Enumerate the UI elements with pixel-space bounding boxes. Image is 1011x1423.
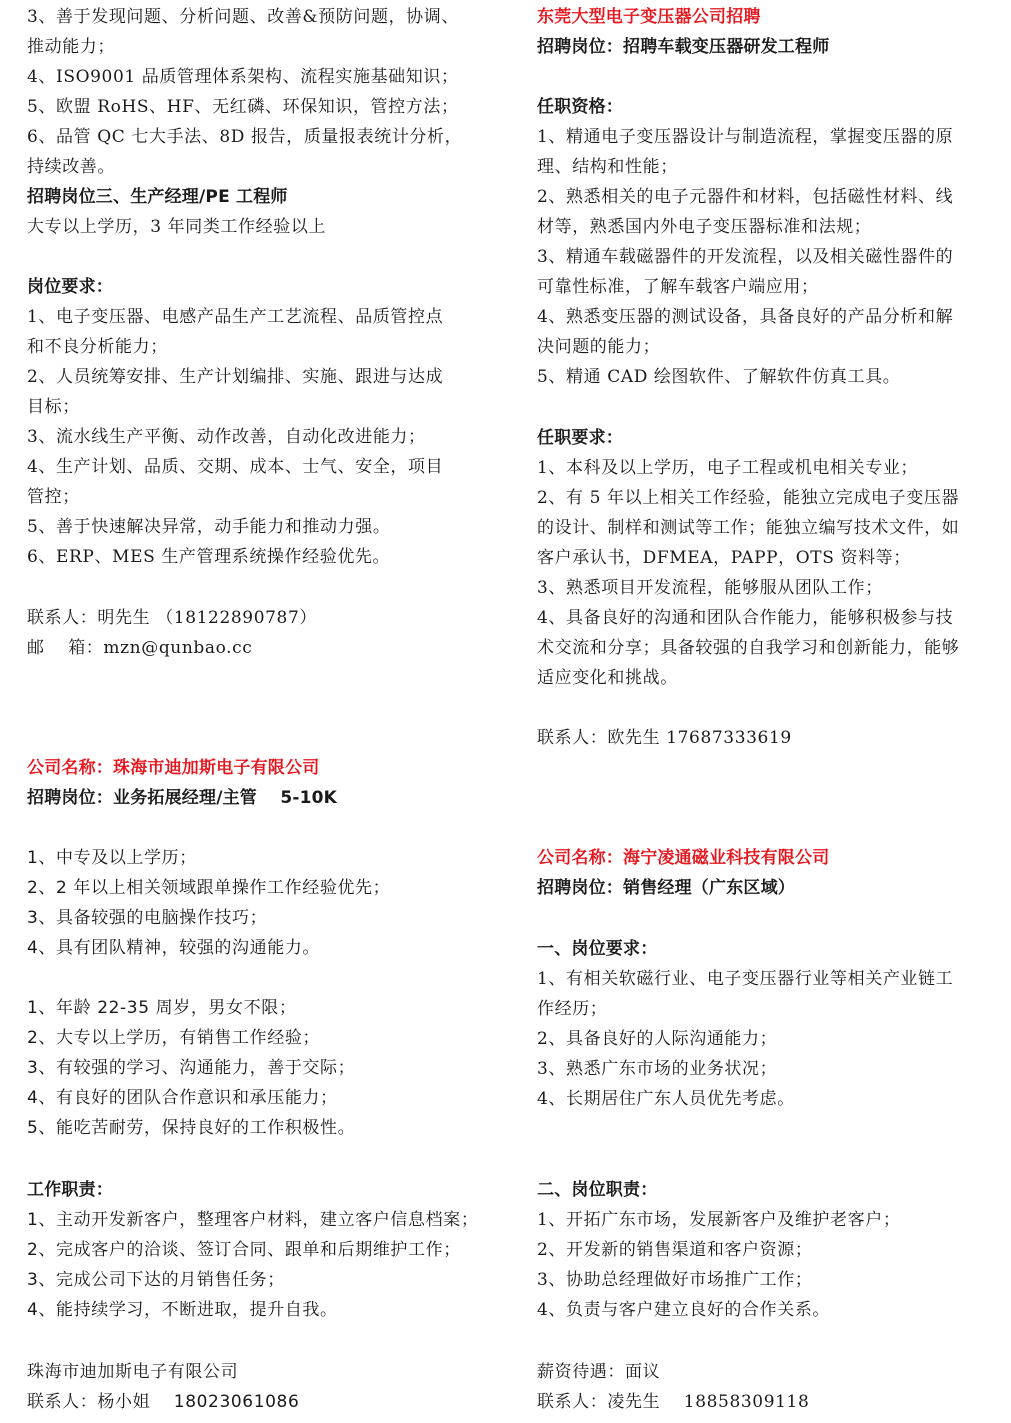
list-item: 1、精通电子变压器设计与制造流程，掌握变压器的原 [537,122,953,152]
list-item: 2、2 年以上相关领域跟单操作工作经验优先； [27,873,390,903]
duties-heading: 工作职责： [27,1175,113,1205]
list-item: 4、生产计划、品质、交期、成本、士气、安全，项目 [27,452,443,482]
list-item: 3、有较强的学习、沟通能力，善于交际； [27,1053,355,1083]
list-item: 推动能力； [27,32,115,62]
list-item: 1、电子变压器、电感产品生产工艺流程、品质管控点 [27,302,443,332]
list-item: 4、ISO9001 品质管理体系架构、流程实施基础知识； [27,62,459,92]
education-requirement: 大专以上学历，3 年同类工作经验以上 [27,212,326,242]
list-item: 3、精通车载磁器件的开发流程，以及相关磁性器件的 [537,242,953,272]
list-item: 4、具备良好的沟通和团队合作能力，能够积极参与技 [537,603,953,633]
list-item: 2、开发新的销售渠道和客户资源； [537,1235,812,1265]
list-item: 2、大专以上学历，有销售工作经验； [27,1023,320,1053]
qualifications-heading: 任职资格： [537,92,623,122]
list-item: 4、能持续学习，不断进取，提升自我。 [27,1295,338,1325]
list-item: 4、具有团队精神，较强的沟通能力。 [27,933,320,963]
list-item: 1、主动开发新客户，整理客户材料，建立客户信息档案； [27,1205,478,1235]
list-item: 2、具备良好的人际沟通能力； [537,1024,777,1054]
company-footer: 珠海市迪加斯电子有限公司 [27,1357,238,1387]
list-item: 4、负责与客户建立良好的合作关系。 [537,1295,830,1325]
contact-email[interactable]: 邮 箱：mzn@qunbao.cc [27,633,252,663]
contact-person: 联系人：明先生 （18122890787） [27,603,317,633]
salary-info: 薪资待遇：面议 [537,1357,660,1387]
list-item: 5、欧盟 RoHS、HF、无红磷、环保知识，管控方法； [27,92,459,122]
list-item: 1、年龄 22-35 周岁，男女不限； [27,993,296,1023]
list-item: 5、善于快速解决异常，动手能力和推动力强。 [27,512,390,542]
list-item: 4、熟悉变压器的测试设备，具备良好的产品分析和解 [537,302,953,332]
list-item: 材等，熟悉国内外电子变压器标准和法规； [537,212,871,242]
company-name: 东莞大型电子变压器公司招聘 [537,2,761,32]
position-title: 招聘岗位三、生产经理/PE 工程师 [27,182,288,212]
company-name: 公司名称：海宁凌通磁业科技有限公司 [537,843,829,873]
position-title: 招聘岗位：业务拓展经理/主管 5-10K [27,783,337,813]
list-item: 2、完成客户的洽谈、签订合同、跟单和后期维护工作； [27,1235,461,1265]
requirements-heading: 一、岗位要求： [537,934,657,964]
list-item: 1、中专及以上学历； [27,843,197,873]
list-item: 1、有相关软磁行业、电子变压器行业等相关产业链工 [537,964,953,994]
list-item: 2、有 5 年以上相关工作经验，能独立完成电子变压器 [537,483,959,513]
contact-person: 联系人：杨小姐 18023061086 [27,1387,299,1417]
list-item: 目标； [27,392,80,422]
list-item: 可靠性标准，了解车载客户端应用； [537,272,819,302]
list-item: 理、结构和性能； [537,152,678,182]
list-item: 的设计、制样和测试等工作；能独立编写技术文件，如 [537,513,959,543]
list-item: 作经历； [537,994,607,1024]
list-item: 2、人员统筹安排、生产计划编排、实施、跟进与达成 [27,362,443,392]
requirements-heading: 岗位要求： [27,272,113,302]
contact-person: 联系人：凌先生 18858309118 [537,1387,809,1417]
list-item: 客户承认书，DFMEA，PAPP，OTS 资料等； [537,543,911,573]
list-item: 5、精通 CAD 绘图软件、了解软件仿真工具。 [537,362,900,392]
list-item: 3、协助总经理做好市场推广工作； [537,1265,812,1295]
list-item: 和不良分析能力； [27,332,168,362]
position-title: 招聘岗位：销售经理（广东区域） [537,873,795,903]
contact-person: 联系人：欧先生 17687333619 [537,723,792,753]
list-item: 4、长期居住广东人员优先考虑。 [537,1084,795,1114]
list-item: 适应变化和挑战。 [537,663,678,693]
list-item: 2、熟悉相关的电子元器件和材料，包括磁性材料、线 [537,182,953,212]
list-item: 持续改善。 [27,152,115,182]
list-item: 决问题的能力； [537,332,660,362]
list-item: 3、流水线生产平衡、动作改善，自动化改进能力； [27,422,426,452]
requirements-heading: 任职要求： [537,423,623,453]
list-item: 5、能吃苦耐劳，保持良好的工作积极性。 [27,1113,355,1143]
duties-heading: 二、岗位职责： [537,1175,657,1205]
list-item: 1、本科及以上学历，电子工程或机电相关专业； [537,453,918,483]
list-item: 3、具备较强的电脑操作技巧； [27,903,267,933]
company-name: 公司名称：珠海市迪加斯电子有限公司 [27,753,319,783]
position-title: 招聘岗位：招聘车载变压器研发工程师 [537,32,829,62]
list-item: 6、ERP、MES 生产管理系统操作经验优先。 [27,542,390,572]
list-item: 1、开拓广东市场，发展新客户及维护老客户； [537,1205,900,1235]
list-item: 3、善于发现问题、分析问题、改善&预防问题，协调、 [27,2,459,32]
list-item: 6、品管 QC 七大手法、8D 报告，质量报表统计分析， [27,122,462,152]
list-item: 3、熟悉项目开发流程，能够服从团队工作； [537,573,883,603]
list-item: 术交流和分享；具备较强的自我学习和创新能力，能够 [537,633,959,663]
list-item: 3、熟悉广东市场的业务状况； [537,1054,777,1084]
list-item: 管控； [27,482,80,512]
list-item: 3、完成公司下达的月销售任务； [27,1265,285,1295]
list-item: 4、有良好的团队合作意识和承压能力； [27,1083,338,1113]
